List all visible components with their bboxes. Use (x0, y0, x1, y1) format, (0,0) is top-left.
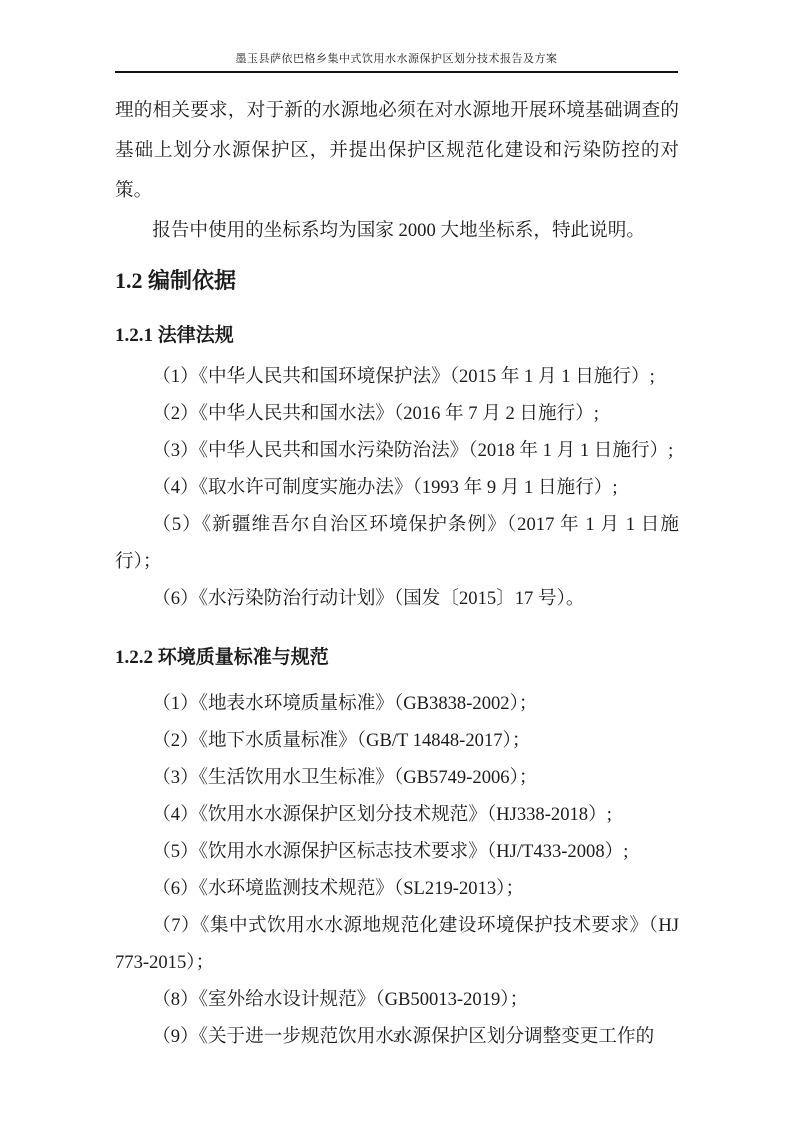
standard-item-6: （6）《水环境监测技术规范》（SL219-2013）； (115, 870, 679, 907)
law-item-3: （3）《中华人民共和国水污染防治法》（2018 年 1 月 1 日施行）; (115, 432, 679, 469)
section-heading-1-2-1: 1.2.1 法律法规 (115, 323, 679, 349)
law-list: （1）《中华人民共和国环境保护法》（2015 年 1 月 1 日施行）; （2）… (115, 358, 679, 617)
law-item-5: （5）《新疆维吾尔自治区环境保护条例》（2017 年 1 月 1 日施行）； (115, 506, 679, 580)
standard-list: （1）《地表水环境质量标准》（GB3838-2002）； （2）《地下水质量标准… (115, 685, 679, 1055)
standard-item-7: （7）《集中式饮用水水源地规范化建设环境保护技术要求》（HJ 773-2015）… (115, 907, 679, 981)
law-item-4: （4）《取水许可制度实施办法》（1993 年 9 月 1 日施行）; (115, 469, 679, 506)
header-title: 墨玉县萨依巴格乡集中式饮用水水源保护区划分技术报告及方案 (236, 53, 558, 65)
page-header: 墨玉县萨依巴格乡集中式饮用水水源保护区划分技术报告及方案 (115, 52, 678, 73)
standard-item-1: （1）《地表水环境质量标准》（GB3838-2002）； (115, 685, 679, 722)
paragraph-continuation: 理的相关要求，对于新的水源地必须在对水源地开展环境基础调查的基础上划分水源保护区… (115, 91, 679, 211)
standard-item-2: （2）《地下水质量标准》（GB/T 14848-2017）； (115, 722, 679, 759)
law-item-1: （1）《中华人民共和国环境保护法》（2015 年 1 月 1 日施行）; (115, 358, 679, 395)
law-item-2: （2）《中华人民共和国水法》（2016 年 7 月 2 日施行）; (115, 395, 679, 432)
standard-item-4: （4）《饮用水水源保护区划分技术规范》（HJ338-2018）; (115, 796, 679, 833)
standard-item-8: （8）《室外给水设计规范》（GB50013-2019）； (115, 981, 679, 1018)
standard-item-5: （5）《饮用水水源保护区标志技术要求》（HJ/T433-2008）; (115, 833, 679, 870)
document-page: 墨玉县萨依巴格乡集中式饮用水水源保护区划分技术报告及方案 理的相关要求，对于新的… (0, 0, 793, 1122)
section-heading-1-2-2: 1.2.2 环境质量标准与规范 (115, 645, 679, 671)
document-content: 理的相关要求，对于新的水源地必须在对水源地开展环境基础调查的基础上划分水源保护区… (115, 91, 679, 1055)
standard-item-3: （3）《生活饮用水卫生标准》（GB5749-2006）； (115, 759, 679, 796)
law-item-6: （6）《水污染防治行动计划》（国发〔2015〕17 号）。 (115, 580, 679, 617)
page-number: 3 (393, 1031, 400, 1046)
paragraph-coordinate-note: 报告中使用的坐标系均为国家 2000 大地坐标系，特此说明。 (115, 211, 679, 251)
section-heading-1-2: 1.2 编制依据 (115, 267, 679, 295)
page-footer: 3 (0, 1031, 793, 1047)
